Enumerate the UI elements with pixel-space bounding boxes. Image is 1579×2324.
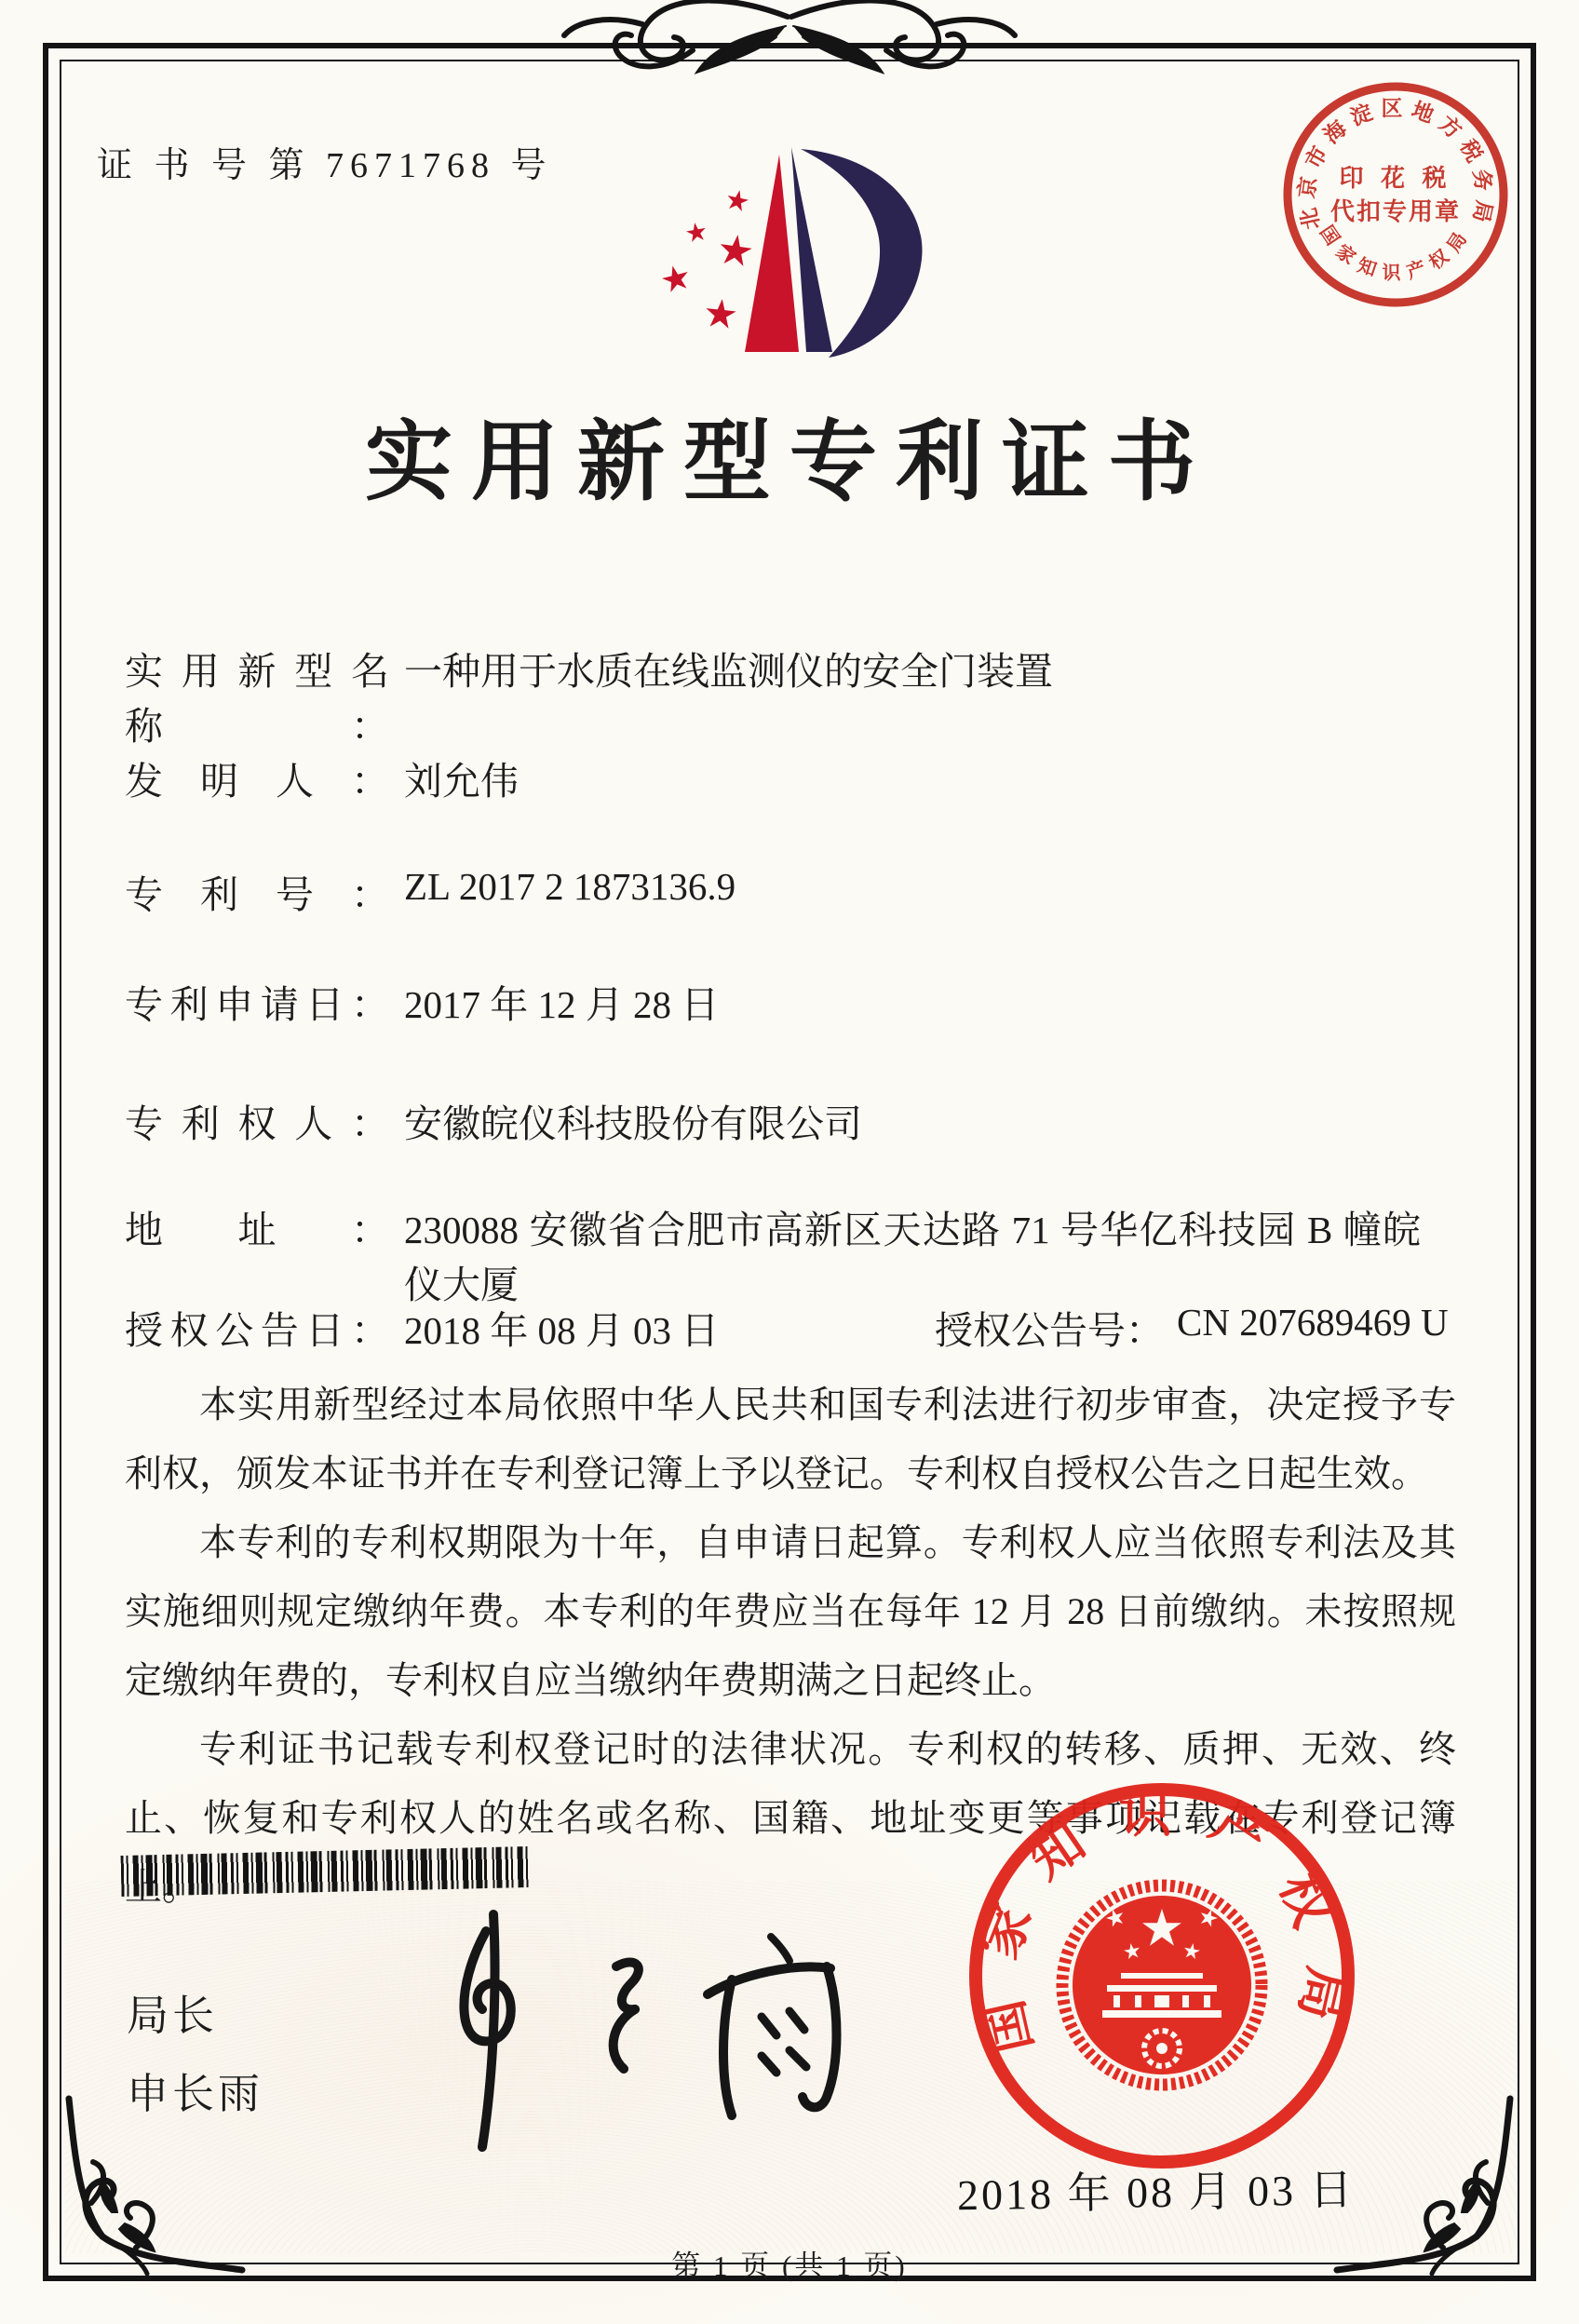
field-patentee: 专利权人： 安徽皖仪科技股份有限公司 bbox=[125, 1093, 862, 1148]
seal-date: 2018 年 08 月 03 日 bbox=[957, 2155, 1386, 2223]
field-filing-date: 专利申请日： 2017 年 12 月 28 日 bbox=[125, 974, 719, 1029]
tax-seal-bottom-text: 国家知识产权局 bbox=[1316, 222, 1476, 283]
field-value: 刘允伟 bbox=[404, 750, 519, 805]
legal-paragraph-2: 本专利的专利权期限为十年，自申请日起算。专利权人应当依照专利法及其实施细则规定缴… bbox=[125, 1508, 1456, 1715]
legal-paragraph-1: 本实用新型经过本局依照中华人民共和国专利法进行初步审查，决定授予专利权，颁发本证… bbox=[125, 1371, 1456, 1508]
field-grant-number: 授权公告号： CN 207689469 U bbox=[935, 1300, 1449, 1355]
director-name: 申长雨 bbox=[127, 2060, 263, 2120]
office-seal-stamp: 国家知识产权局 bbox=[955, 1769, 1369, 2182]
field-value: ZL 2017 2 1873136.9 bbox=[404, 864, 736, 909]
field-value: CN 207689469 U bbox=[1177, 1300, 1449, 1355]
tax-seal-center-line2: 代扣专用章 bbox=[1330, 197, 1461, 225]
field-value: 2018 年 08 月 03 日 bbox=[404, 1300, 719, 1355]
cnipa-logo-icon bbox=[650, 128, 929, 372]
field-inventor: 发明人： 刘允伟 bbox=[125, 750, 519, 805]
field-label: 实用新型名称： bbox=[125, 641, 389, 750]
field-label: 专利申请日： bbox=[125, 974, 389, 1029]
top-scroll-ornament-icon bbox=[520, 0, 1059, 80]
field-label: 专利权人： bbox=[125, 1093, 389, 1148]
field-value: 2017 年 12 月 28 日 bbox=[404, 974, 719, 1029]
field-patent-number: 专利号： ZL 2017 2 1873136.9 bbox=[125, 864, 736, 919]
field-label: 授权公告号： bbox=[935, 1300, 1164, 1355]
field-address: 地址： 230088 安徽省合肥市高新区天达路 71 号华亿科技园 B 幢皖仪大… bbox=[125, 1199, 1421, 1309]
page-number-footer: 第 1 页 (共 1 页) bbox=[0, 2242, 1579, 2284]
director-title: 局长 bbox=[127, 1981, 218, 2042]
tax-seal-center-line1: 印 花 税 bbox=[1339, 165, 1451, 192]
field-label: 专利号： bbox=[125, 864, 389, 919]
field-value: 一种用于水质在线监测仪的安全门装置 bbox=[404, 641, 1053, 696]
field-value: 安徽皖仪科技股份有限公司 bbox=[404, 1093, 862, 1148]
patent-certificate-page: 证 书 号 第 7671768 号 北京市海淀区地方税务局 bbox=[0, 0, 1579, 2324]
field-value: 230088 安徽省合肥市高新区天达路 71 号华亿科技园 B 幢皖仪大厦 bbox=[404, 1199, 1421, 1309]
director-signature bbox=[400, 1899, 884, 2160]
field-label: 授权公告日： bbox=[125, 1300, 389, 1355]
field-label: 发明人： bbox=[125, 750, 389, 805]
svg-text:国家知识产权局: 国家知识产权局 bbox=[1316, 222, 1476, 283]
field-label: 地址： bbox=[125, 1199, 389, 1254]
national-emblem-icon bbox=[1062, 1885, 1262, 2085]
field-utility-model-name: 实用新型名称： 一种用于水质在线监测仪的安全门装置 bbox=[125, 641, 1053, 750]
certificate-number: 证 书 号 第 7671768 号 bbox=[97, 136, 553, 187]
tax-seal-stamp: 北京市海淀区地方税务局 国家知识产权局 印 花 税 代扣专用章 bbox=[1274, 73, 1518, 317]
certificate-title: 实用新型专利证书 bbox=[0, 391, 1579, 517]
field-grant-date: 授权公告日： 2018 年 08 月 03 日 bbox=[125, 1300, 719, 1355]
